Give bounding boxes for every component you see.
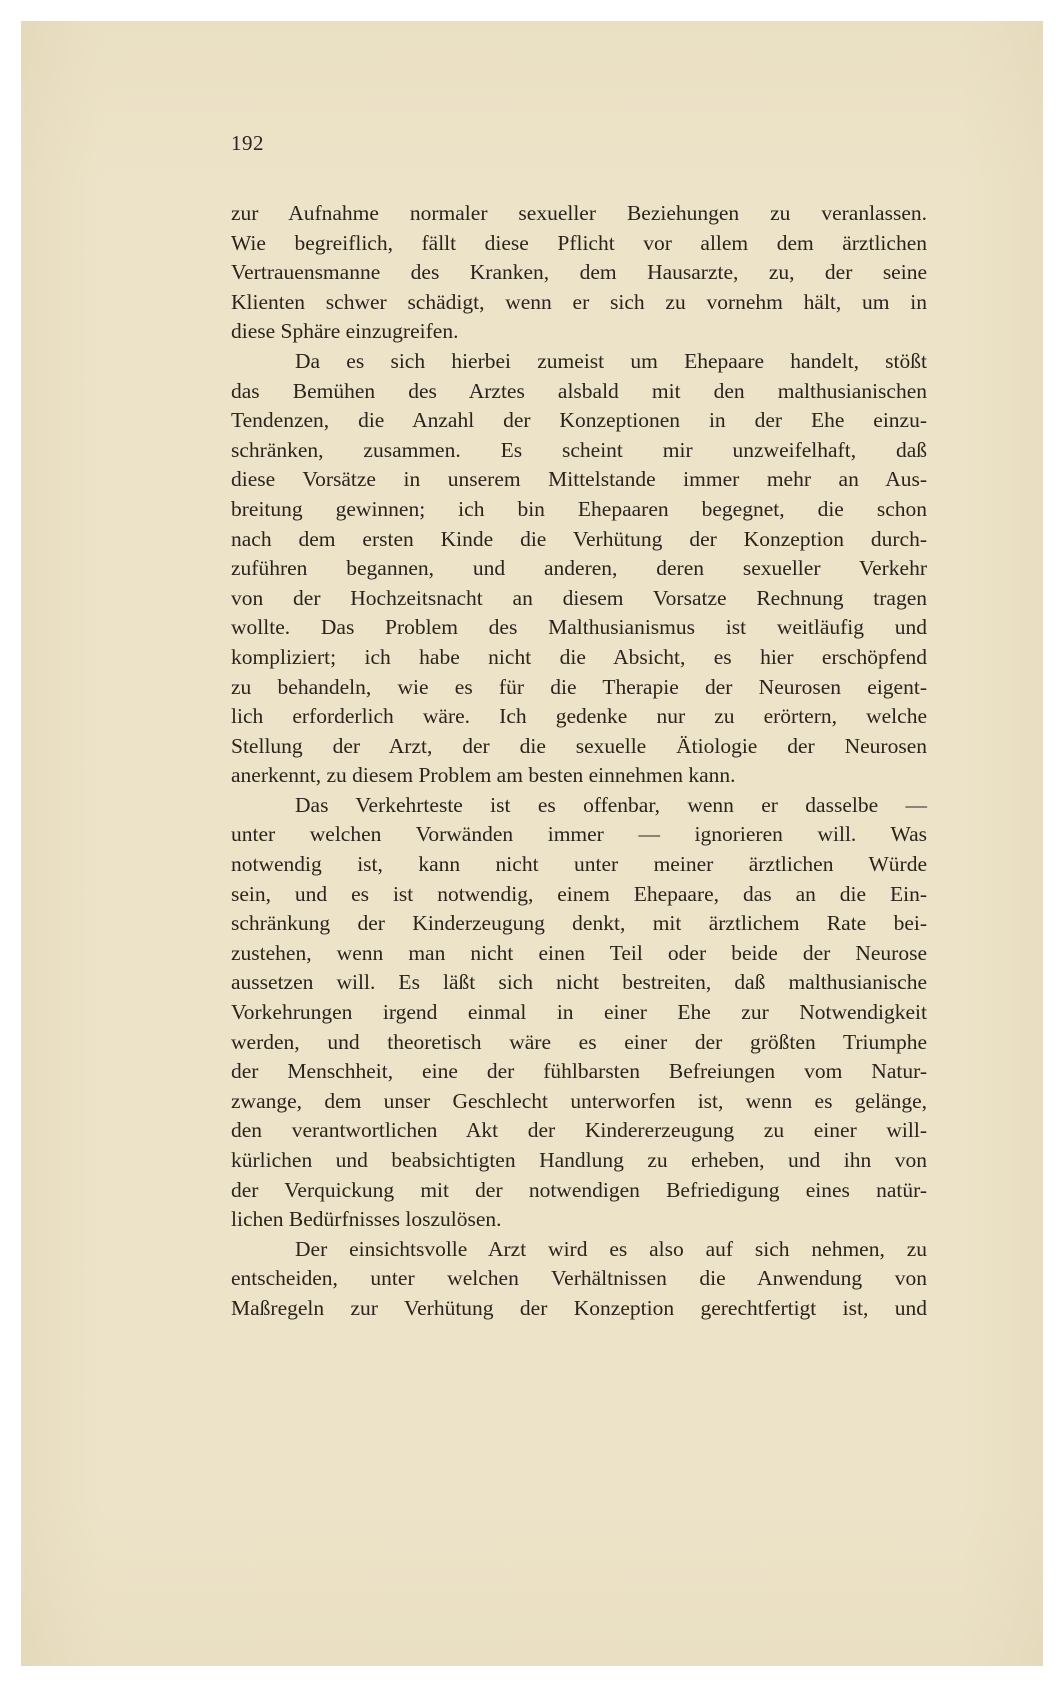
text-line: nach dem ersten Kinde die Verhütung der …	[231, 525, 927, 555]
text-line: Maßregeln zur Verhütung der Konzeption g…	[231, 1294, 927, 1324]
text-line: notwendig ist, kann nicht unter meiner ä…	[231, 850, 927, 880]
body-text: zur Aufnahme normaler sexueller Beziehun…	[231, 199, 927, 1324]
text-line: Der einsichtsvolle Arzt wird es also auf…	[231, 1235, 927, 1265]
text-line: diese Sphäre einzugreifen.	[231, 317, 927, 347]
text-line: anerkennt, zu diesem Problem am besten e…	[231, 761, 927, 791]
text-line: das Bemühen des Arztes alsbald mit den m…	[231, 377, 927, 407]
text-line: lichen Bedürfnisses loszulösen.	[231, 1205, 927, 1235]
text-line: Das Verkehrteste ist es offenbar, wenn e…	[231, 791, 927, 821]
text-line: wollte. Das Problem des Malthusianismus …	[231, 613, 927, 643]
paragraph-1: zur Aufnahme normaler sexueller Beziehun…	[231, 199, 927, 347]
text-line: Stellung der Arzt, der die sexuelle Ätio…	[231, 732, 927, 762]
text-line: Vorkehrungen irgend einmal in einer Ehe …	[231, 998, 927, 1028]
text-line: den verantwortlichen Akt der Kindererzeu…	[231, 1116, 927, 1146]
paragraph-2: Da es sich hierbei zumeist um Ehepaare h…	[231, 347, 927, 791]
text-line: zustehen, wenn man nicht einen Teil oder…	[231, 939, 927, 969]
paragraph-4: Der einsichtsvolle Arzt wird es also auf…	[231, 1235, 927, 1324]
text-line: kürlichen und beabsichtigten Handlung zu…	[231, 1146, 927, 1176]
page-number: 192	[231, 131, 264, 156]
text-line: kompliziert; ich habe nicht die Absicht,…	[231, 643, 927, 673]
text-line: Vertrauensmanne des Kranken, dem Hausarz…	[231, 258, 927, 288]
text-line: zuführen begannen, und anderen, deren se…	[231, 554, 927, 584]
text-line: von der Hochzeitsnacht an diesem Vorsatz…	[231, 584, 927, 614]
text-line: Tendenzen, die Anzahl der Konzeptionen i…	[231, 406, 927, 436]
paragraph-3: Das Verkehrteste ist es offenbar, wenn e…	[231, 791, 927, 1235]
text-line: zur Aufnahme normaler sexueller Beziehun…	[231, 199, 927, 229]
text-line: werden, und theoretisch wäre es einer de…	[231, 1028, 927, 1058]
text-line: Da es sich hierbei zumeist um Ehepaare h…	[231, 347, 927, 377]
text-line: entscheiden, unter welchen Verhältnissen…	[231, 1264, 927, 1294]
text-line: schränkung der Kinderzeugung denkt, mit …	[231, 909, 927, 939]
text-line: der Menschheit, eine der fühlbarsten Bef…	[231, 1057, 927, 1087]
text-line: Klienten schwer schädigt, wenn er sich z…	[231, 288, 927, 318]
text-line: unter welchen Vorwänden immer — ignorier…	[231, 820, 927, 850]
text-line: zu behandeln, wie es für die Therapie de…	[231, 673, 927, 703]
text-line: lich erforderlich wäre. Ich gedenke nur …	[231, 702, 927, 732]
text-line: diese Vorsätze in unserem Mittelstande i…	[231, 465, 927, 495]
text-line: sein, und es ist notwendig, einem Ehepaa…	[231, 880, 927, 910]
text-line: aussetzen will. Es läßt sich nicht bestr…	[231, 968, 927, 998]
text-line: zwange, dem unser Geschlecht unterworfen…	[231, 1087, 927, 1117]
text-line: der Verquickung mit der notwendigen Befr…	[231, 1176, 927, 1206]
book-page: 192 zur Aufnahme normaler sexueller Bezi…	[21, 21, 1043, 1666]
text-line: Wie begreiflich, fällt diese Pflicht vor…	[231, 229, 927, 259]
text-line: schränken, zusammen. Es scheint mir unzw…	[231, 436, 927, 466]
text-line: breitung gewinnen; ich bin Ehepaaren beg…	[231, 495, 927, 525]
